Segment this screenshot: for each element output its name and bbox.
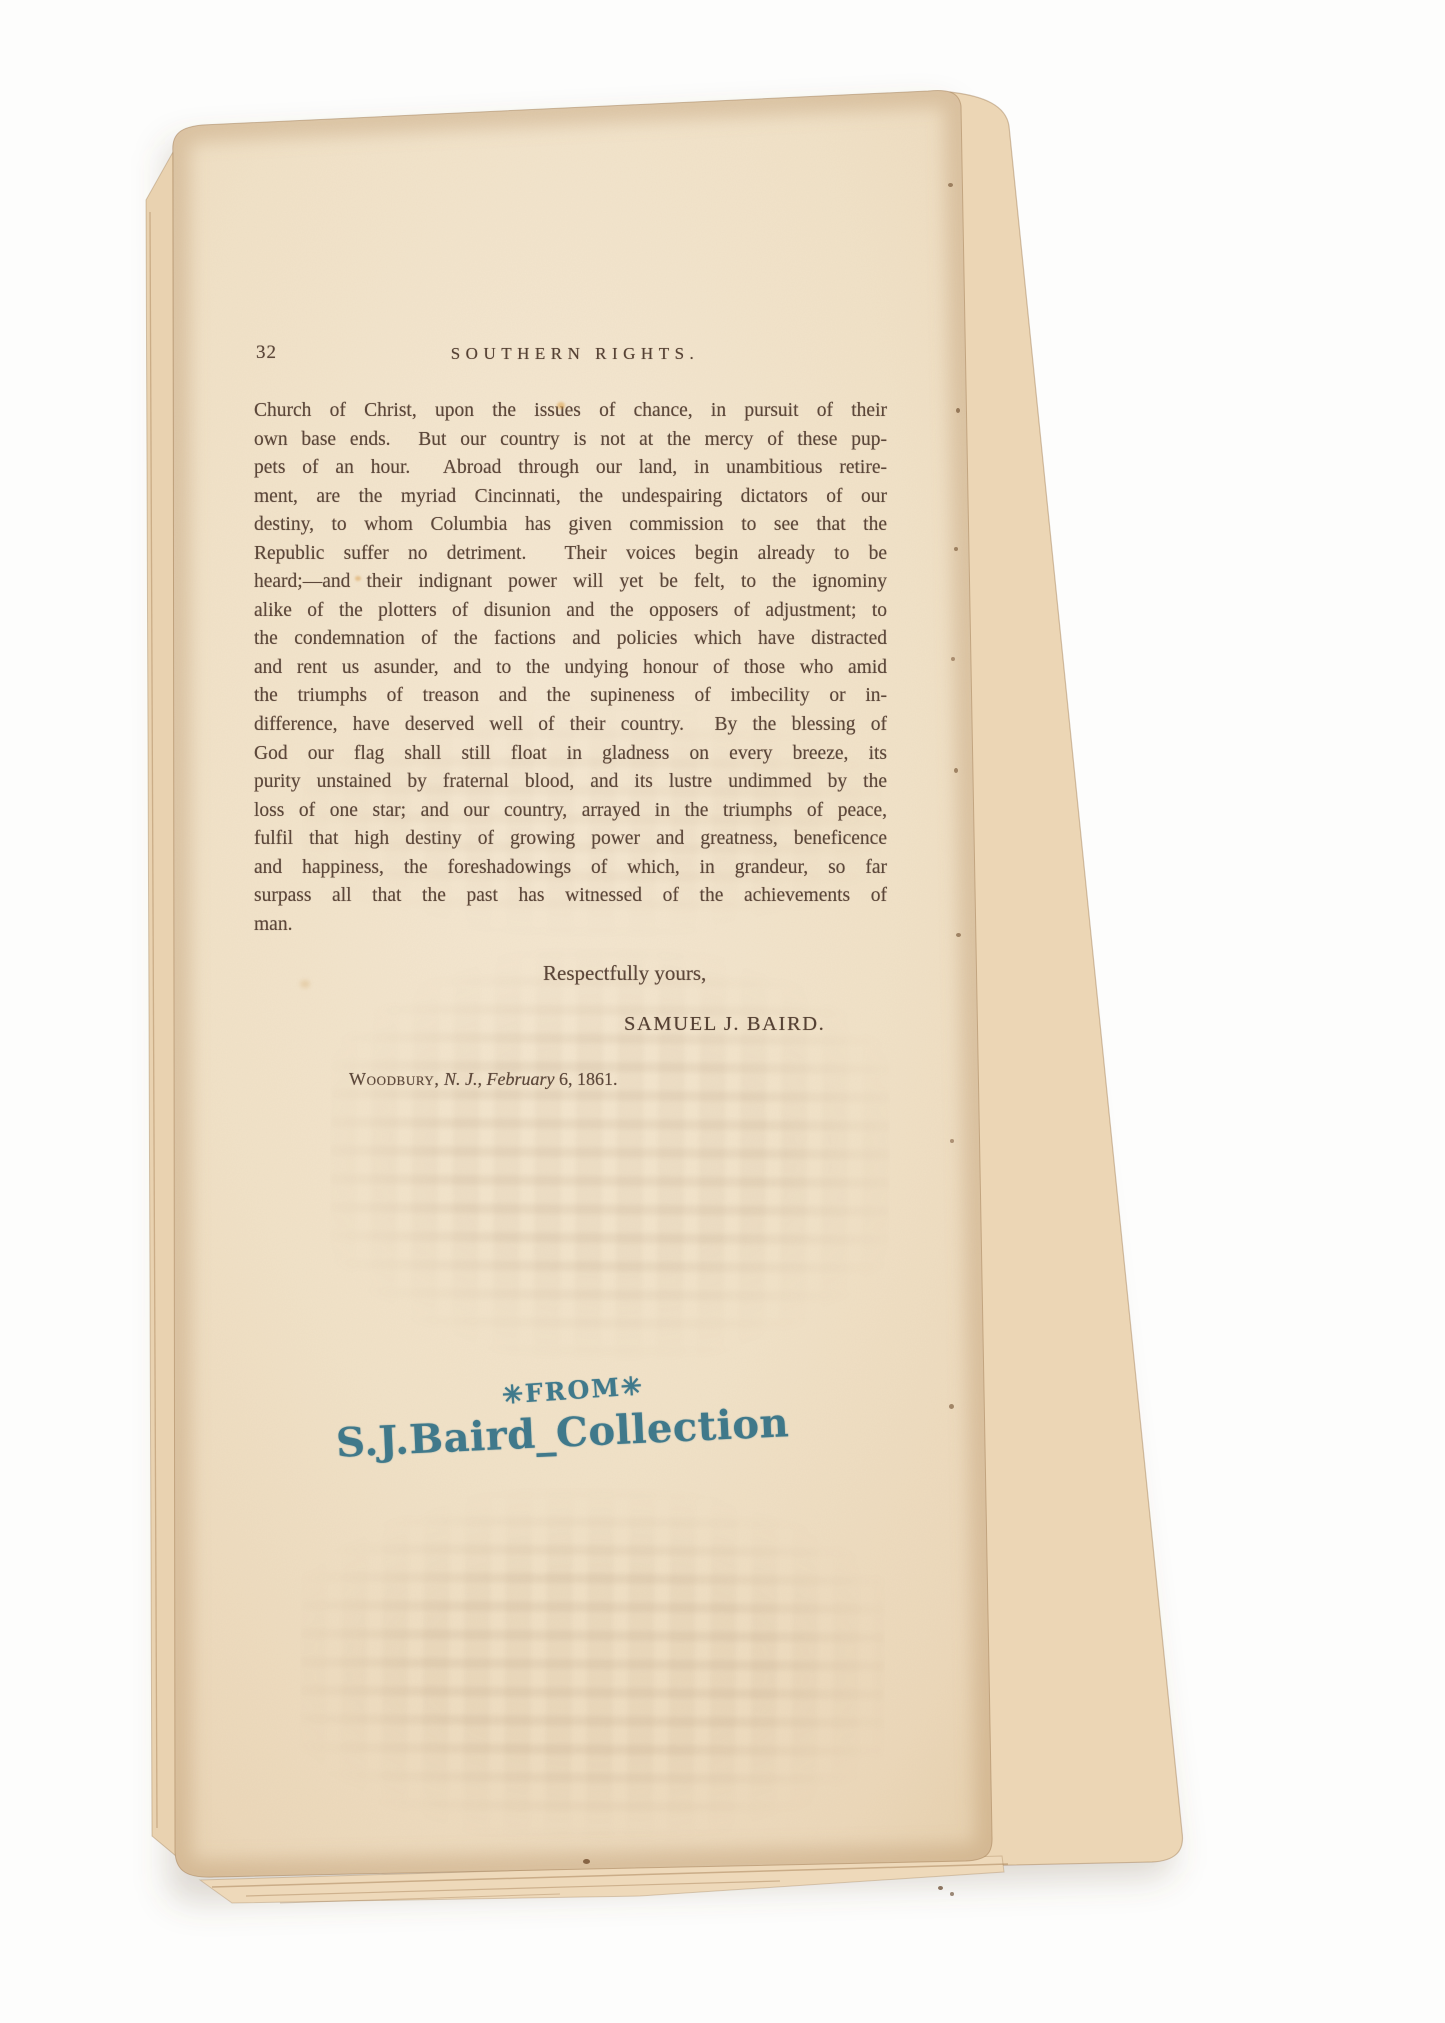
dateline-rest: 6, 1861.: [559, 1069, 618, 1089]
body-line: man.: [254, 911, 887, 940]
body-line: surpass all that the past has witnessed …: [254, 882, 887, 911]
letter-closing: Respectfully yours,: [543, 961, 706, 986]
dateline-region-month: N. J., February: [444, 1069, 554, 1089]
photographed-pamphlet-page: 32 SOUTHERN RIGHTS. Church of Christ, up…: [0, 0, 1445, 2023]
body-line: the triumphs of treason and the supinene…: [254, 682, 887, 711]
dateline: Woodbury, N. J., February 6, 1861.: [349, 1069, 617, 1090]
body-line: God our flag shall still float in gladne…: [254, 740, 887, 769]
body-line: alike of the plotters of disunion and th…: [254, 597, 887, 626]
signature: SAMUEL J. BAIRD.: [624, 1013, 825, 1036]
pamphlet-paper: [0, 0, 1445, 2023]
body-line: ment, are the myriad Cincinnati, the und…: [254, 483, 887, 512]
body-line: purity unstained by fraternal blood, and…: [254, 768, 887, 797]
body-line: difference, have deserved well of their …: [254, 711, 887, 740]
dateline-place: Woodbury,: [349, 1069, 439, 1089]
body-line: Republic suffer no detriment. Their voic…: [254, 540, 887, 569]
stamp-collection-line: S.J.Baird_Collection: [335, 1399, 790, 1467]
body-line: pets of an hour. Abroad through our land…: [254, 454, 887, 483]
body-line: and rent us asunder, and to the undying …: [254, 654, 887, 683]
body-line: own base ends. But our country is not at…: [254, 426, 887, 455]
body-line: loss of one star; and our country, array…: [254, 797, 887, 826]
body-line: destiny, to whom Columbia has given comm…: [254, 511, 887, 540]
body-paragraph: Church of Christ, upon the issues of cha…: [254, 397, 887, 939]
body-line: fulfil that high destiny of growing powe…: [254, 825, 887, 854]
running-title: SOUTHERN RIGHTS.: [420, 344, 730, 364]
body-line: and happiness, the foreshadowings of whi…: [254, 854, 887, 883]
body-line: heard;—and their indignant power will ye…: [254, 568, 887, 597]
body-line: the condemnation of the factions and pol…: [254, 625, 887, 654]
collection-stamp: ✳FROM✳ S.J.Baird_Collection: [334, 1368, 759, 1497]
page-number: 32: [256, 342, 277, 364]
body-line: Church of Christ, upon the issues of cha…: [254, 397, 887, 426]
